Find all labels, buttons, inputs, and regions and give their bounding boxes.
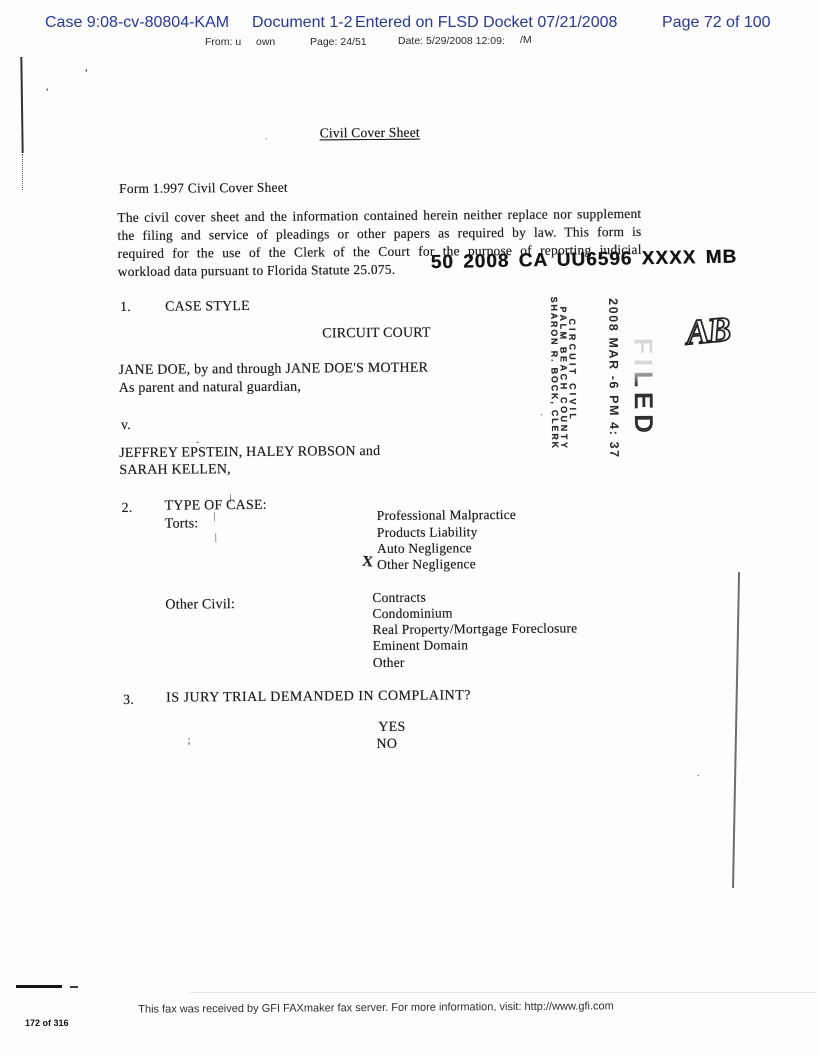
form-number-line: Form 1.997 Civil Cover Sheet — [119, 180, 288, 197]
scanned-content: Civil Cover Sheet Form 1.997 Civil Cover… — [0, 0, 820, 1056]
jury-option-no: NO — [376, 737, 397, 753]
scan-tick: | — [215, 532, 217, 543]
torts-item: Products Liability — [377, 524, 478, 541]
versus-label: v. — [121, 418, 131, 434]
other-civil-label: Other Civil: — [165, 597, 235, 614]
batch-page-number: 172 of 316 — [25, 1018, 69, 1028]
section1-number: 1. — [120, 300, 131, 316]
defendants-line1: JEFFREY EPSTEIN, HALEY ROBSON and — [119, 444, 380, 462]
section2-heading: TYPE OF CASE: — [165, 498, 267, 515]
scan-speck: - — [196, 436, 199, 446]
checked-x-mark: X — [361, 554, 374, 572]
torts-item: Auto Negligence — [377, 540, 472, 557]
document-title: Civil Cover Sheet — [320, 125, 420, 142]
plaintiff-line2: As parent and natural guardian, — [119, 380, 301, 397]
section2-number: 2. — [122, 501, 133, 517]
plaintiff-line1: JANE DOE, by and through JANE DOE'S MOTH… — [118, 361, 428, 379]
other-civil-item: Eminent Domain — [373, 637, 469, 654]
jury-option-yes: YES — [378, 720, 405, 736]
section1-heading: CASE STYLE — [165, 299, 250, 316]
scan-tick: | — [214, 511, 216, 522]
defendants-line2: SARAH KELLEN, — [119, 462, 231, 479]
section3-heading: IS JURY TRIAL DEMANDED IN COMPLAINT? — [166, 688, 471, 706]
scan-speck: ‚ — [45, 81, 49, 93]
other-civil-item: Contracts — [372, 590, 426, 606]
scan-speck: ; — [187, 734, 190, 746]
fax-document-page: Case 9:08-cv-80804-KAM Document 1-2 Ente… — [0, 0, 820, 1056]
scan-speck: · — [697, 770, 700, 780]
scan-speck: · — [265, 134, 268, 144]
scan-speck: ’ — [84, 66, 88, 81]
clerk-filing-stamp: SHARON R. BOCK, CLERK PALM BEACH COUNTY … — [0, 0, 818, 1]
stamp-filed-label: FILED — [627, 338, 659, 438]
court-name: CIRCUIT COURT — [322, 326, 431, 343]
torts-item-checked: Other Negligence — [377, 556, 476, 573]
scan-tick: | — [230, 493, 232, 504]
other-civil-item: Real Property/Mortgage Foreclosure — [373, 620, 578, 638]
other-civil-item: Other — [373, 655, 405, 671]
other-civil-item: Condominium — [372, 605, 452, 622]
torts-item: Professional Malpractice — [377, 507, 517, 524]
scan-speck: · — [540, 410, 543, 420]
torts-label: Torts: — [165, 516, 199, 532]
stamp-division-line: CIRCUIT CIVIL — [567, 318, 578, 422]
section3-number: 3. — [123, 693, 134, 709]
case-number-stamp: 50 2008 CA UU6596 XXXX MB — [431, 247, 738, 275]
handwritten-initials: AB — [684, 309, 730, 353]
stamp-date-line: 2008 MAR -6 PM 4: 37 — [606, 298, 621, 459]
